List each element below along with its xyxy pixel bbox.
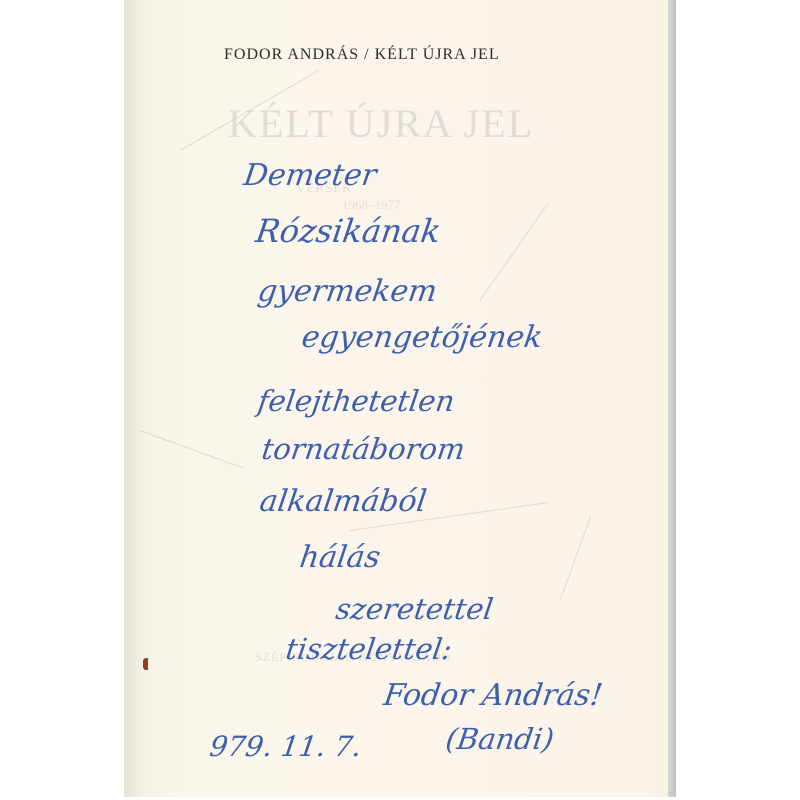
signature: Fodor András! [382, 678, 605, 713]
gutter-shadow [124, 0, 146, 797]
dedication-line: alkalmából [258, 484, 429, 519]
page-edge [668, 0, 676, 797]
dedication-line: gyermekem [256, 274, 440, 309]
dedication-date: 979. 11. 7. [208, 730, 364, 763]
bleed-through-title: KÉLT ÚJRA JEL [228, 100, 534, 147]
red-ink-mark [143, 658, 148, 670]
dedication-line: tornatáborom [260, 432, 468, 466]
bleed-through-years: 1968–1977 [342, 197, 401, 213]
dedication-line: Demeter [242, 158, 379, 193]
dedication-line: szeretettel [334, 592, 496, 626]
dedication-line: felejthetetlen [256, 384, 457, 418]
signature-nickname: (Bandi) [444, 722, 557, 756]
dedication-line: tisztelettel: [284, 632, 455, 666]
printed-header: FODOR ANDRÁS / KÉLT ÚJRA JEL [224, 46, 500, 64]
dedication-line: egyengetőjének [300, 320, 545, 355]
dedication-line: hálás [298, 540, 383, 575]
dedication-line: Rózsikának [253, 212, 443, 250]
